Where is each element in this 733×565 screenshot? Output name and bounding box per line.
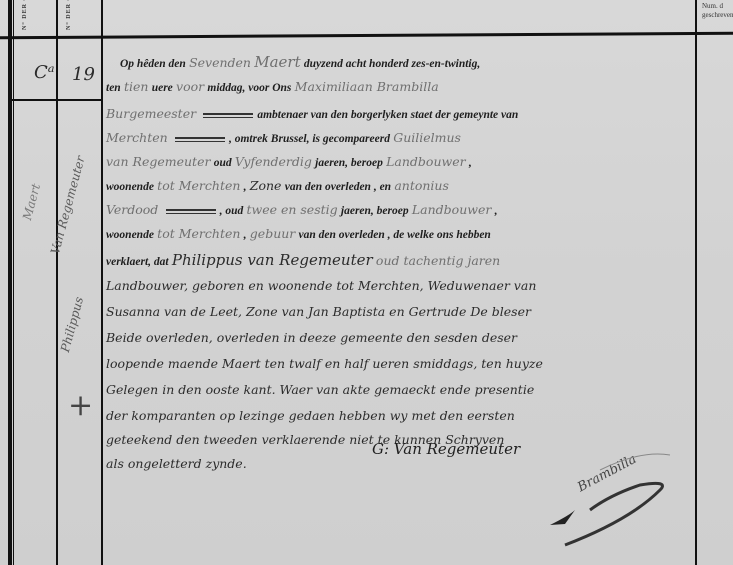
- printed-text: woonende: [106, 181, 154, 193]
- handwritten-text: oud tachentig jaren: [376, 253, 500, 268]
- handwritten-text: Landbouwer, geboren en woonende tot Merc…: [106, 278, 536, 293]
- record-line: Beide overleden, overleden in deeze geme…: [106, 330, 517, 346]
- handwritten-text: als ongeletterd zynde.: [106, 456, 247, 471]
- printed-text: oud: [214, 157, 232, 169]
- record-line: van Regemeuter oud Vyfenderdig jaeren, b…: [106, 154, 472, 171]
- handwritten-text: Philippus van Regemeuter: [172, 251, 373, 269]
- printed-text: ,: [244, 181, 247, 193]
- printed-text: ambtenaer van den borgerlyken staet der …: [257, 109, 518, 121]
- handwritten-text: Maert: [254, 53, 300, 71]
- margin-note-firstname: Philippus: [58, 295, 86, 353]
- handwritten-text: Sevenden: [189, 55, 251, 70]
- record-line: ten tien uere voor middag, voor Ons Maxi…: [106, 79, 439, 96]
- witness-signature: G: Van Regemeuter: [372, 440, 520, 458]
- handwritten-text: Landbouwer: [386, 154, 465, 169]
- printed-text: duyzend acht honderd zes-en-twintig,: [304, 58, 480, 70]
- printed-text: ten: [106, 82, 121, 94]
- header-rule: [0, 32, 733, 39]
- printed-text: uere: [152, 82, 173, 94]
- handwritten-text: Verdood: [106, 202, 158, 217]
- margin-rule-1: [13, 0, 14, 565]
- record-line: Verdood , oud twee en sestig jaeren, ber…: [106, 202, 497, 219]
- printed-text: ,: [495, 205, 498, 217]
- handwritten-text: tot Merchten: [157, 178, 240, 193]
- handwritten-text: Maximiliaan Brambilla: [295, 79, 439, 94]
- record-line: der komparanten op lezinge gedaen hebben…: [106, 408, 515, 424]
- printed-text: verklaert, dat: [106, 256, 169, 268]
- printed-text: jaeren, beroep: [315, 157, 383, 169]
- record-line: Merchten , omtrek Brussel, is gecomparee…: [106, 130, 461, 147]
- record-line: verklaert, dat Philippus van Regemeuter …: [106, 252, 500, 270]
- right-column-header: Num. d geschreven: [702, 2, 733, 20]
- civil-registry-page: N° DER O N° DER O Num. d geschreven Cᵃ 1…: [0, 0, 733, 565]
- printed-text: , omtrek Brussel, is gecompareerd: [229, 133, 390, 145]
- record-line: loopende maende Maert ten twalf en half …: [106, 356, 543, 372]
- handwritten-text: Merchten: [106, 130, 168, 145]
- handwritten-text: van Regemeuter: [106, 154, 210, 169]
- record-line: Susanna van de Leet, Zone van Jan Baptis…: [106, 304, 531, 320]
- handwritten-text: Gelegen in den ooste kant. Waer van akte…: [106, 382, 534, 397]
- record-line: Gelegen in den ooste kant. Waer van akte…: [106, 382, 534, 398]
- handwritten-text: Burgemeester: [106, 106, 196, 121]
- margin-note-surname: Van Regemeuter: [48, 154, 88, 255]
- handwritten-text: der komparanten op lezinge gedaen hebben…: [106, 408, 515, 423]
- column-header-1: N° DER O: [22, 0, 28, 30]
- record-line: als ongeletterd zynde.: [106, 456, 247, 472]
- margin-note-month: Maert: [20, 182, 43, 221]
- handwritten-text: voor: [176, 79, 204, 94]
- printed-text: Op hêden den: [120, 58, 186, 70]
- handwritten-text: Guilielmus: [393, 130, 461, 145]
- handwritten-text: gebuur: [250, 226, 295, 241]
- handwritten-text: tot Merchten: [157, 226, 240, 241]
- printed-text: ,: [469, 157, 472, 169]
- margin-rule-3: [101, 0, 103, 565]
- handwritten-text: Beide overleden, overleden in deeze geme…: [106, 330, 517, 345]
- record-number-rule: [12, 99, 102, 101]
- handwritten-text: Vyfenderdig: [235, 154, 312, 169]
- margin-letter: Cᵃ: [34, 62, 55, 83]
- signature-flourish-icon: [520, 450, 720, 560]
- blank-line-filler: [175, 137, 225, 142]
- handwritten-text: Susanna van de Leet, Zone van Jan Baptis…: [106, 304, 531, 319]
- column-header-2: N° DER O: [66, 0, 72, 30]
- printed-text: van den overleden , de welke ons hebben: [299, 229, 491, 241]
- handwritten-text: antonius: [394, 178, 449, 193]
- record-line: woonende tot Merchten , Zone van den ove…: [106, 178, 449, 195]
- printed-text: van den overleden , en: [285, 181, 391, 193]
- record-number: 19: [72, 64, 95, 85]
- printed-text: ,: [244, 229, 247, 241]
- handwritten-text: loopende maende Maert ten twalf en half …: [106, 356, 543, 371]
- blank-line-filler: [166, 209, 216, 214]
- record-line: Burgemeester ambtenaer van den borgerlyk…: [106, 106, 518, 123]
- record-line: Op hêden den Sevenden Maert duyzend acht…: [120, 54, 480, 72]
- cross-mark-icon: +: [68, 388, 93, 423]
- blank-line-filler: [203, 113, 253, 118]
- printed-text: , oud: [220, 205, 244, 217]
- handwritten-text: tien: [124, 79, 148, 94]
- handwritten-text: Landbouwer: [412, 202, 491, 217]
- handwritten-text: Zone: [250, 178, 282, 193]
- printed-text: middag, voor Ons: [207, 82, 291, 94]
- printed-text: woonende: [106, 229, 154, 241]
- handwritten-text: twee en sestig: [246, 202, 337, 217]
- record-line: woonende tot Merchten , gebuur van den o…: [106, 226, 491, 243]
- record-line: Landbouwer, geboren en woonende tot Merc…: [106, 278, 536, 294]
- printed-text: jaeren, beroep: [341, 205, 409, 217]
- right-header-line-2: geschreven: [702, 11, 733, 20]
- margin-rule-outer: [8, 0, 12, 565]
- margin-rule-2: [56, 0, 58, 565]
- right-header-line-1: Num. d: [702, 2, 733, 11]
